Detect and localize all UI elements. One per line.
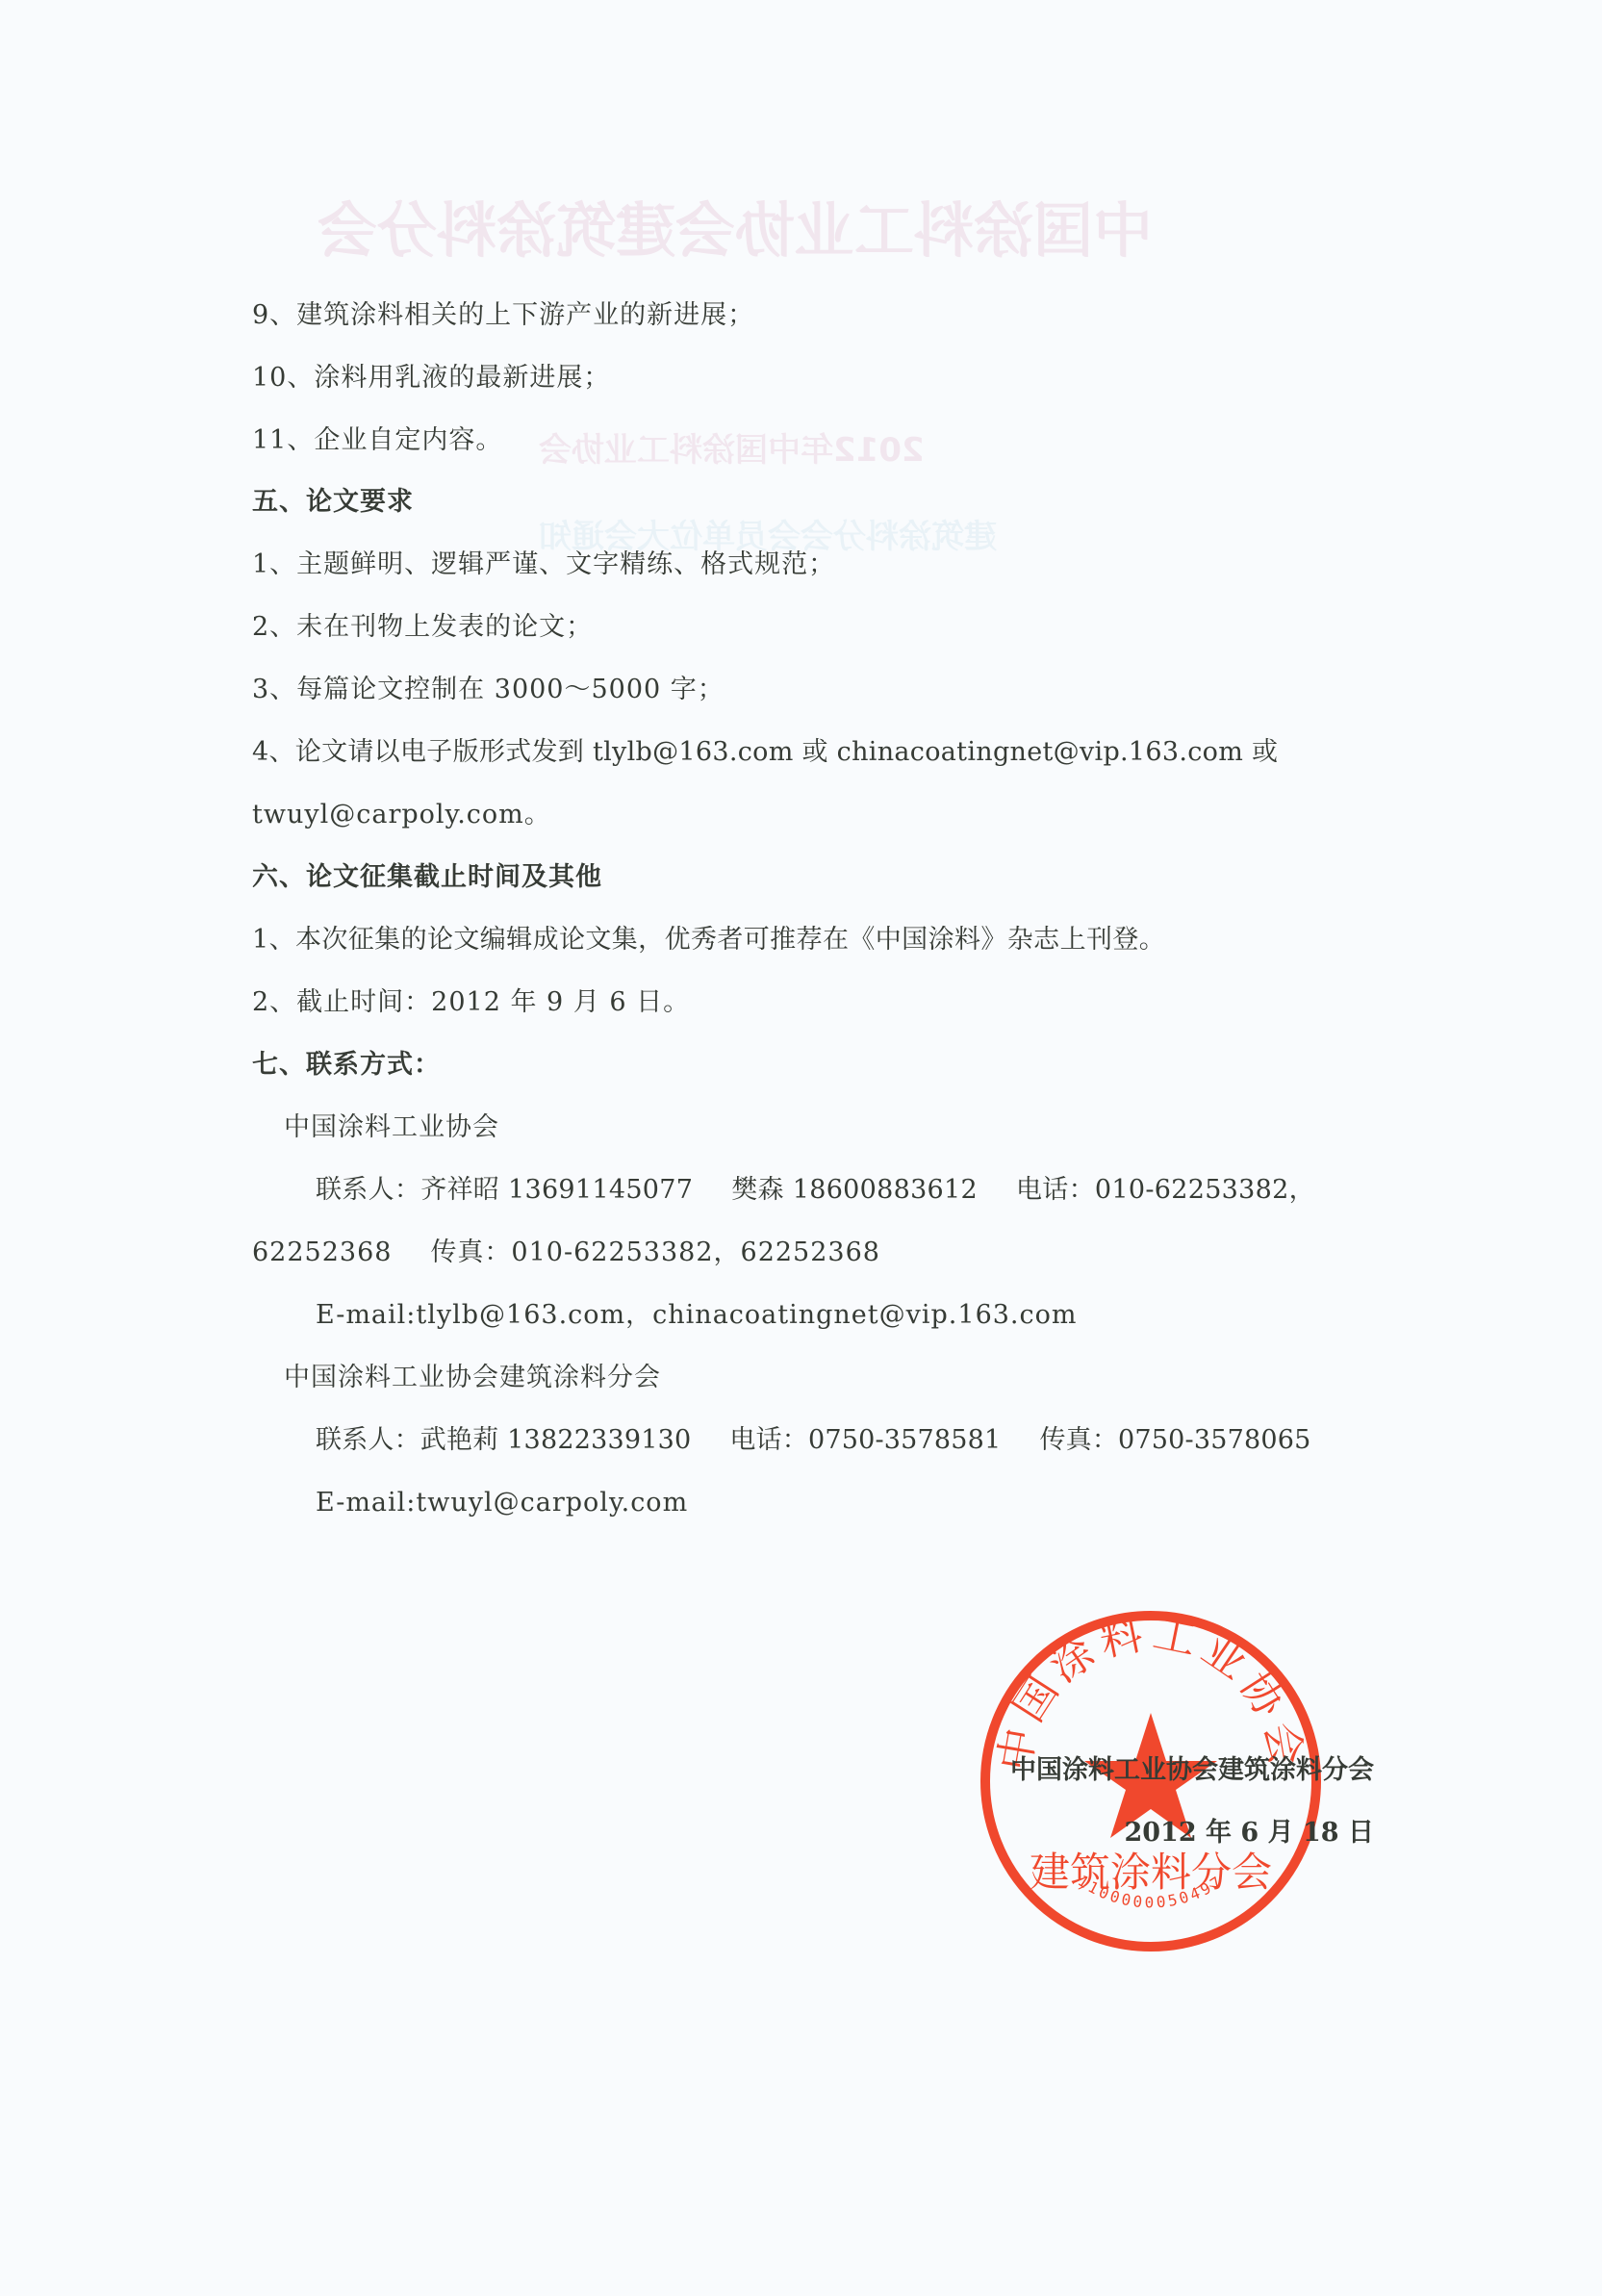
fax: 传真：0750-3578065 [1039,1425,1310,1455]
bleed-through-header: 中国涂料工业协会建筑涂料分会 [318,183,1153,268]
contact-line: 62252368传真：010-62253382，62252368 [252,1236,880,1270]
email-link[interactable]: E-mail:tlylb@163.com，chinacoatingnet@vip… [316,1298,1078,1333]
contact-person: 联系人：武艳莉 13822339130 [316,1425,691,1455]
email-link[interactable]: twuyl@carpoly.com。 [252,798,551,832]
contact-person: 联系人：齐祥昭 13691145077 [316,1175,693,1205]
org-name: 中国涂料工业协会 [284,1110,499,1145]
stamp-bottom-text: 建筑涂料分会 [1030,1849,1272,1896]
section-heading: 五、论文要求 [252,485,414,520]
list-item: 9、建筑涂料相关的上下游产业的新进展； [252,298,754,333]
list-item: 2、截止时间：2012 年 9 月 6 日。 [252,985,690,1020]
list-item: 2、未在刊物上发表的论文； [252,610,593,645]
signature-date: 2012 年 6 月 18 日 [1124,1811,1374,1849]
list-item: 4、论文请以电子版形式发到 tlylb@163.com 或 chinacoati… [252,735,1278,770]
contact-person: 樊森 18600883612 [731,1175,978,1205]
document-page: 中国涂料工业协会建筑涂料分会 2012年中国涂料工业协会 建筑涂料分会会员单位大… [0,0,1602,2296]
fax: 传真：010-62253382，62252368 [430,1237,880,1267]
section-heading: 六、论文征集截止时间及其他 [252,860,602,895]
phone: 电话：010-62253382， [1016,1175,1315,1205]
bleed-through-line: 2012年中国涂料工业协会 [539,423,925,471]
signature-org: 中国涂料工业协会建筑涂料分会 [1010,1748,1374,1786]
list-item: 1、主题鲜明、逻辑严谨、文字精练、格式规范； [252,548,835,582]
phone: 电话：0750-3578581 [729,1425,1001,1455]
org-name: 中国涂料工业协会建筑涂料分会 [284,1361,661,1395]
contact-line: 联系人：武艳莉 13822339130电话：0750-3578581传真：075… [316,1423,1311,1458]
section-heading: 七、联系方式： [252,1048,441,1083]
list-item: 3、每篇论文控制在 3000～5000 字； [252,673,725,707]
contact-line: 联系人：齐祥昭 13691145077樊森 18600883612电话：010-… [316,1173,1315,1208]
list-item: 1、本次征集的论文编辑成论文集，优秀者可推荐在《中国涂料》杂志上刊登。 [252,923,1165,957]
list-item: 10、涂料用乳液的最新进展； [252,361,610,395]
phone: 62252368 [252,1237,392,1267]
email-link[interactable]: E-mail:twuyl@carpoly.com [316,1486,688,1520]
list-item: 11、企业自定内容。 [252,423,502,458]
